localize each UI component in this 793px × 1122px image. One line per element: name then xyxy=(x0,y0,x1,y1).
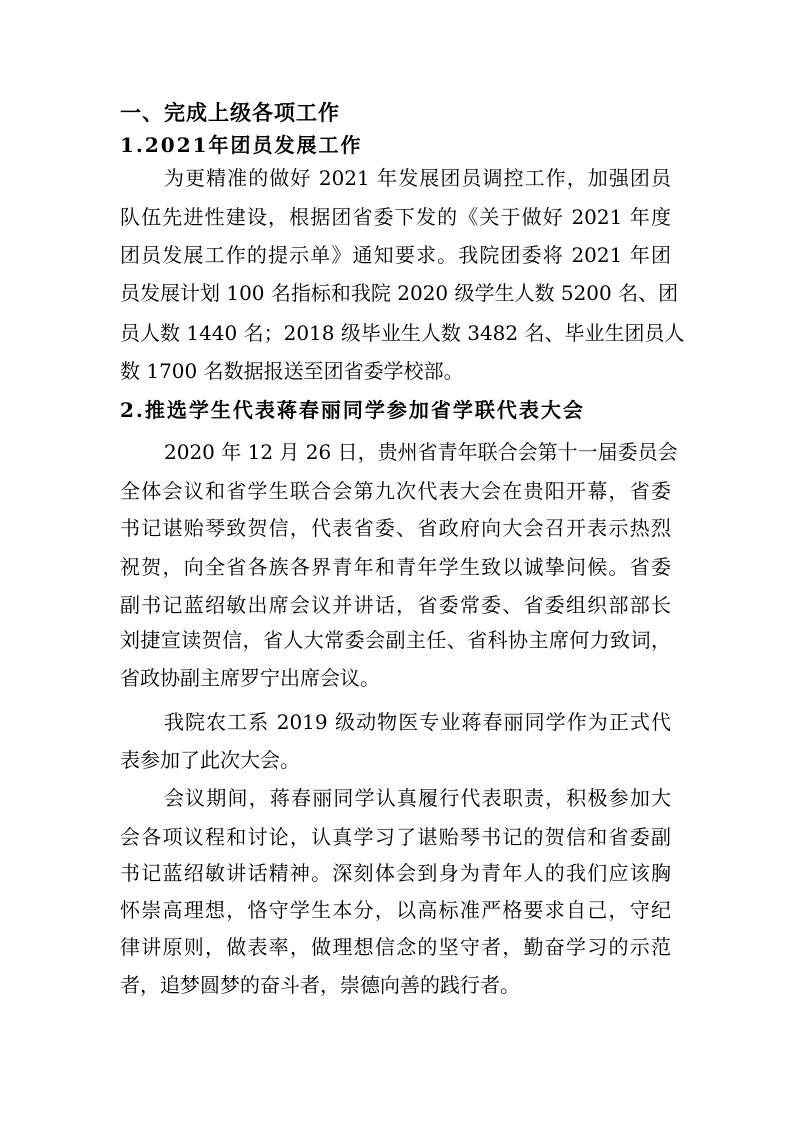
section-title-student-representative: 2.推选学生代表蒋春丽同学参加省学联代表大会 xyxy=(120,395,671,425)
paragraph-line: 书记蓝绍敏讲话精神。深刻体会到身为青年人的我们应该胸 xyxy=(120,858,671,888)
paragraph-line: 者，追梦圆梦的奋斗者，崇德向善的践行者。 xyxy=(120,970,671,1000)
paragraph-line: 员人数 1440 名；2018 级毕业生人数 3482 名、毕业生团员人 xyxy=(120,318,671,348)
paragraph-line: 数 1700 名数据报送至团省委学校部。 xyxy=(120,356,671,386)
paragraph-line: 员发展计划 100 名指标和我院 2020 级学生人数 5200 名、团 xyxy=(120,278,671,308)
paragraph-line: 全体会议和省学生联合会第九次代表大会在贵阳开幕，省委 xyxy=(120,476,671,506)
paragraph-line: 为更精准的做好 2021 年发展团员调控工作，加强团员 xyxy=(164,163,671,193)
paragraph-line: 书记谌贻琴致贺信，代表省委、省政府向大会召开表示热烈 xyxy=(120,513,671,543)
paragraph-line: 律讲原则，做表率，做理想信念的坚守者，勤奋学习的示范 xyxy=(120,932,671,962)
paragraph-line: 团员发展工作的提示单》通知要求。我院团委将 2021 年团 xyxy=(120,240,671,270)
paragraph-line: 2020 年 12 月 26 日，贵州省青年联合会第十一届委员会 xyxy=(164,437,671,467)
document-page: 一、完成上级各项工作 1.2021年团员发展工作 为更精准的做好 2021 年发… xyxy=(0,0,793,1122)
paragraph-line: 省政协副主席罗宁出席会议。 xyxy=(120,663,671,693)
paragraph-line: 队伍先进性建设，根据团省委下发的《关于做好 2021 年度 xyxy=(120,202,671,232)
paragraph-line: 会各项议程和讨论，认真学习了谌贻琴书记的贺信和省委副 xyxy=(120,822,671,852)
paragraph-line: 祝贺，向全省各族各界青年和青年学生致以诚挚问候。省委 xyxy=(120,552,671,582)
paragraph-line: 会议期间，蒋春丽同学认真履行代表职责，积极参加大 xyxy=(164,783,671,813)
paragraph-line: 我院农工系 2019 级动物医专业蒋春丽同学作为正式代 xyxy=(164,707,671,737)
paragraph-line: 表参加了此次大会。 xyxy=(120,745,671,775)
section-title-league-member-development: 1.2021年团员发展工作 xyxy=(120,130,671,160)
paragraph-line: 刘捷宣读贺信，省人大常委会副主任、省科协主席何力致词， xyxy=(120,625,671,655)
paragraph-line: 怀崇高理想，恪守学生本分，以高标准严格要求自己，守纪 xyxy=(120,895,671,925)
paragraph-line: 副书记蓝绍敏出席会议并讲话，省委常委、省委组织部部长 xyxy=(120,590,671,620)
heading-complete-superior-work: 一、完成上级各项工作 xyxy=(120,98,671,128)
